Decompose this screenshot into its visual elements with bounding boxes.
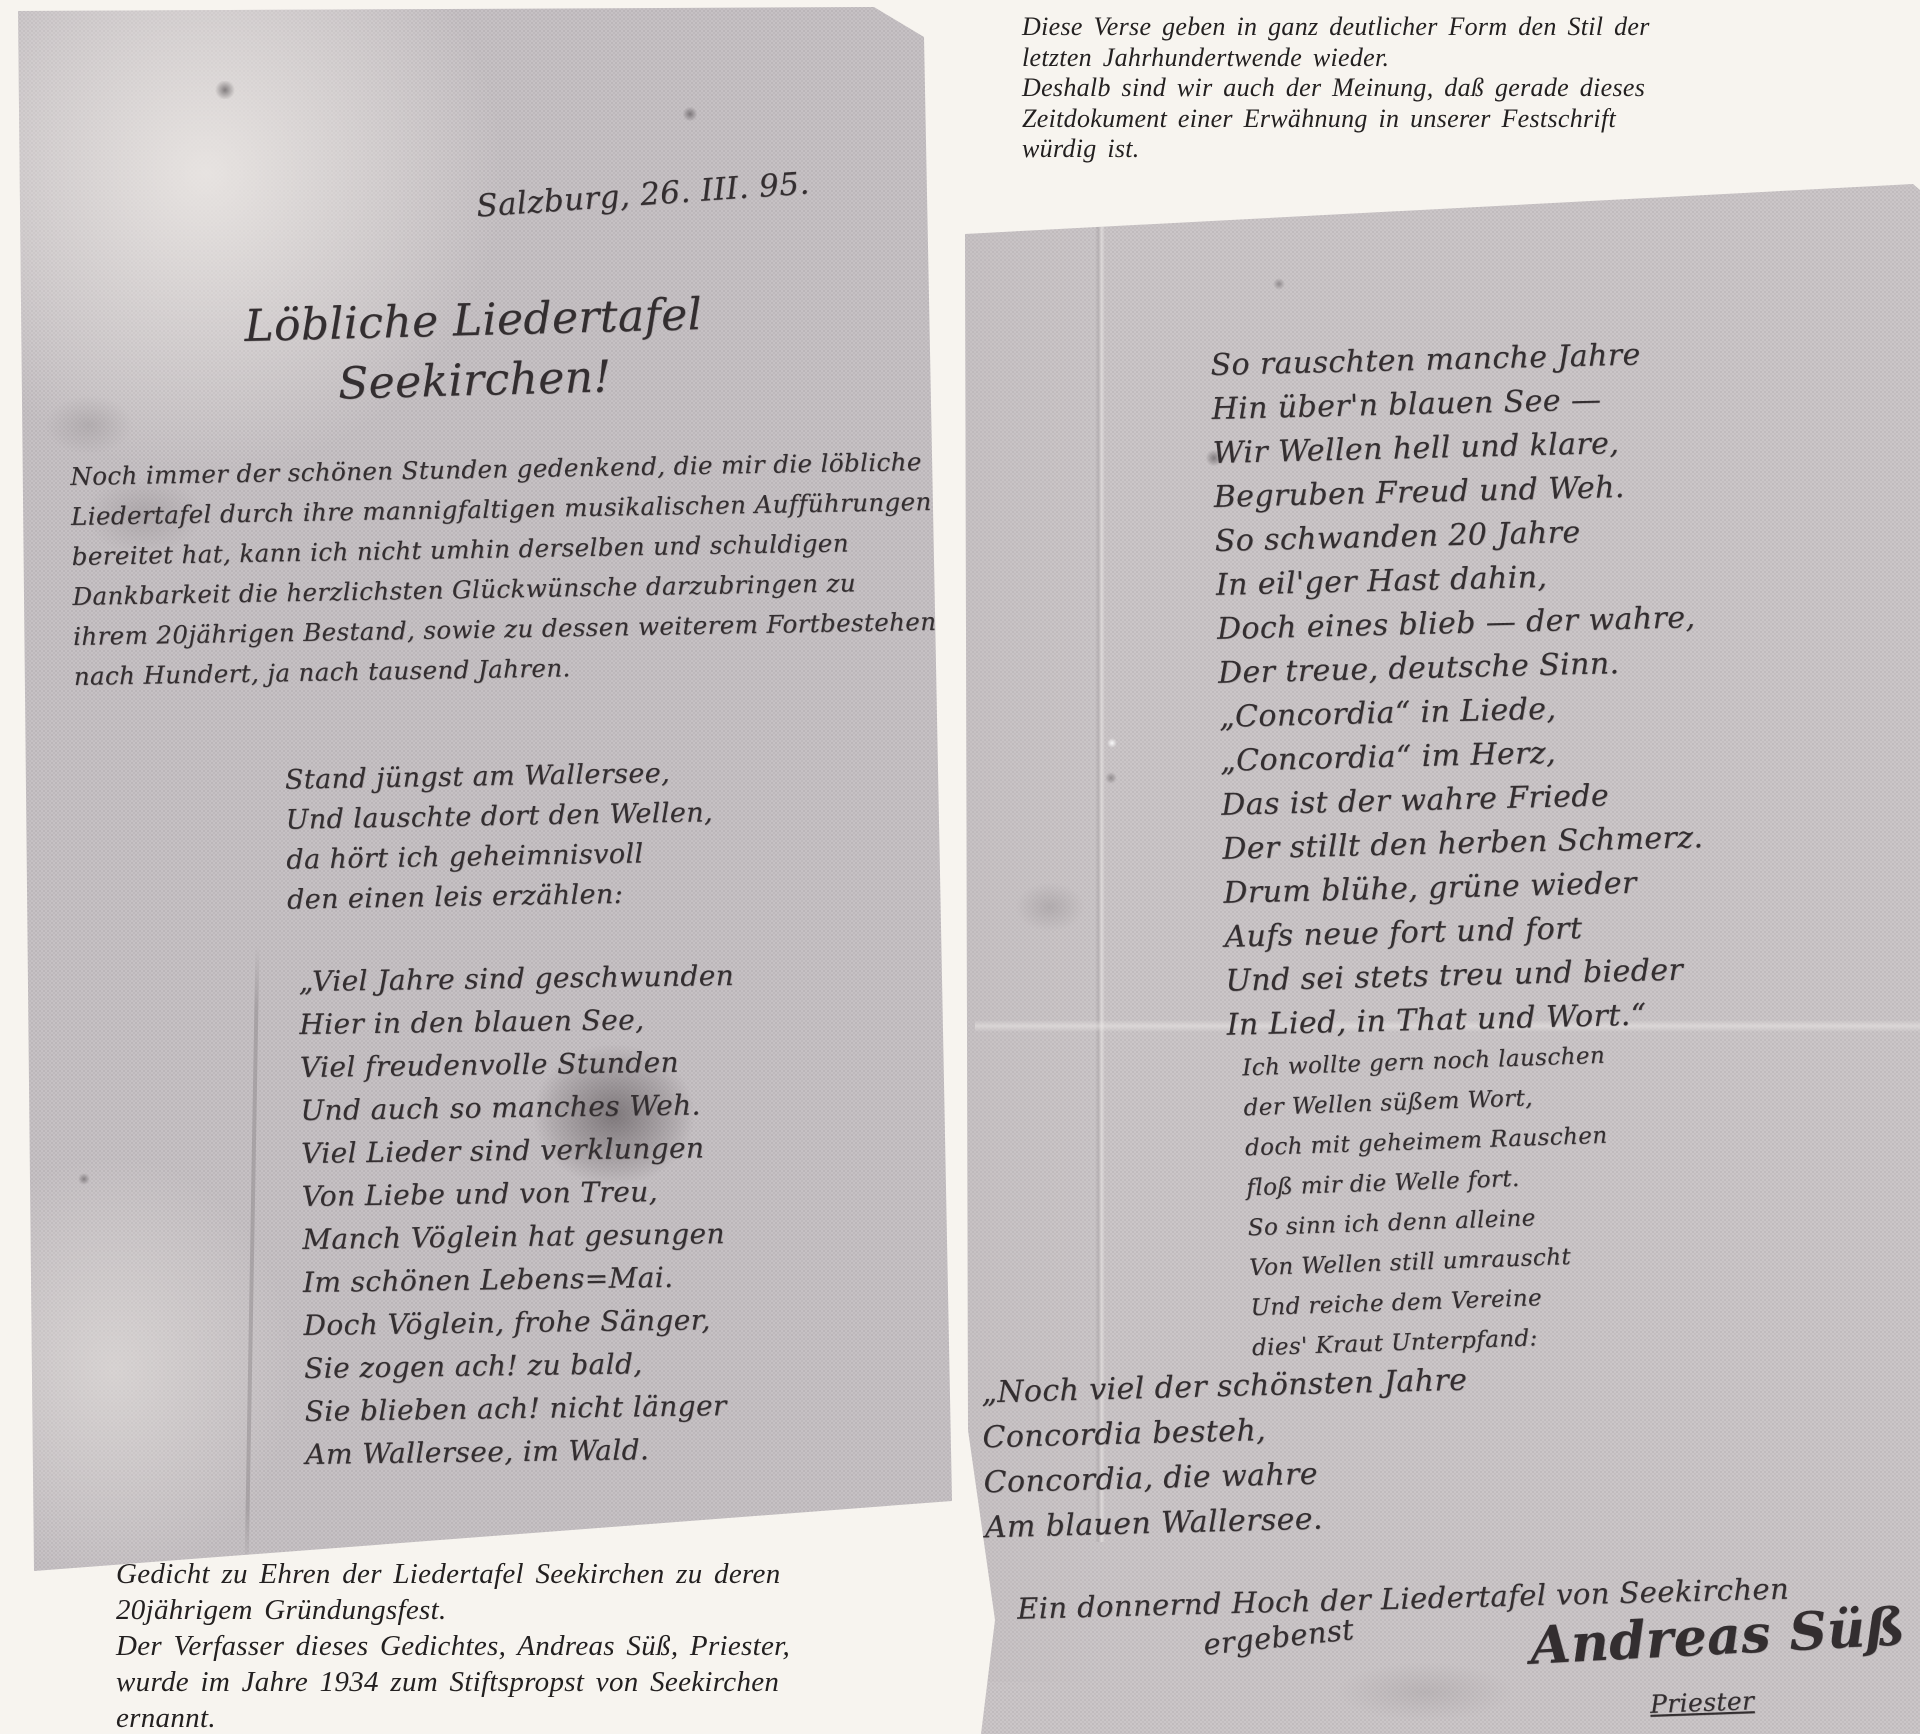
letter-heading: Löbliche Liedertafel Seekirchen! [213, 284, 736, 418]
text-line: 20jährigem Gründungsfest. [116, 1592, 806, 1628]
stain [0, 1155, 294, 1585]
stain [1273, 278, 1285, 290]
closing-quote: „Noch viel der schönsten JahreConcordia … [981, 1358, 1472, 1551]
text-line: Und auch so manches Weh. [300, 1083, 736, 1132]
stain [1015, 882, 1085, 932]
text-line: Deshalb sind wir auch der Meinung, daß g… [1022, 73, 1622, 104]
printed-note: Diese Verse geben in ganz deutlicher For… [1022, 12, 1622, 165]
text-line: Gedicht zu Ehren der Liedertafel Seekirc… [116, 1556, 806, 1592]
text-line: Und lauschte dort den Wellen, [285, 793, 713, 840]
stain [78, 1173, 90, 1185]
text-line: Der Verfasser dieses Gedichtes, Andreas … [116, 1628, 806, 1664]
text-line: Viel freudenvolle Stunden [300, 1040, 736, 1089]
text-line: Sie blieben ach! nicht länger [304, 1384, 740, 1433]
poem-first-part: „Viel Jahre sind geschwundenHier in den … [298, 954, 741, 1476]
text-line: letzten Jahrhundertwende wieder. [1022, 43, 1622, 74]
text-line: den einen leis erzählen: [287, 873, 715, 920]
letter-stanza: Stand jüngst am Wallersee,Und lauschte d… [285, 753, 715, 920]
text-line: Doch Vöglein, frohe Sänger, [303, 1298, 739, 1347]
text-line: „Viel Jahre sind geschwunden [298, 954, 734, 1003]
text-line: Viel Lieder sind verklungen [301, 1126, 737, 1175]
text-line: Im schönen Lebens=Mai. [303, 1255, 739, 1304]
right-letter-photo: So rauschten manche JahreHin über'n blau… [955, 182, 1920, 1734]
printed-caption: Gedicht zu Ehren der Liedertafel Seekirc… [116, 1556, 806, 1734]
side-stanza: Ich wollte gern noch lauschender Wellen … [1242, 1036, 1616, 1368]
text-line: ernannt. [116, 1700, 806, 1734]
book-page: Diese Verse geben in ganz deutlicher For… [0, 0, 1920, 1734]
signature-title: Priester [1650, 1686, 1755, 1719]
poem-second-part: So rauschten manche JahreHin über'n blau… [1210, 332, 1708, 1048]
letter-dateline: Salzburg, 26. III. 95. [475, 165, 811, 224]
text-line: Sie zogen ach! zu bald, [304, 1341, 740, 1390]
left-letter-photo: Salzburg, 26. III. 95. Löbliche Liederta… [14, 5, 958, 1577]
stain [44, 395, 134, 455]
stain [1335, 1662, 1515, 1722]
paper-edge-crease [245, 945, 260, 1570]
letter-intro-paragraph: Noch immer der schönen Stunden gedenkend… [70, 443, 854, 697]
stain [682, 107, 698, 121]
text-line: wurde im Jahre 1934 zum Stiftspropst von… [116, 1664, 806, 1700]
vertical-fold-crease [1095, 212, 1105, 1542]
text-line: Diese Verse geben in ganz deutlicher For… [1022, 12, 1622, 43]
text-line: Zeitdokument einer Erwähnung in unserer … [1022, 104, 1622, 135]
stain [1107, 738, 1117, 748]
text-line: Am Wallersee, im Wald. [305, 1427, 741, 1476]
text-line: würdig ist. [1022, 134, 1622, 165]
stain [1105, 772, 1117, 784]
stain [214, 81, 236, 99]
text-line: Hier in den blauen See, [299, 997, 735, 1046]
text-line: Von Liebe und von Treu, [301, 1169, 737, 1218]
text-line: Manch Vöglein hat gesungen [302, 1212, 738, 1261]
